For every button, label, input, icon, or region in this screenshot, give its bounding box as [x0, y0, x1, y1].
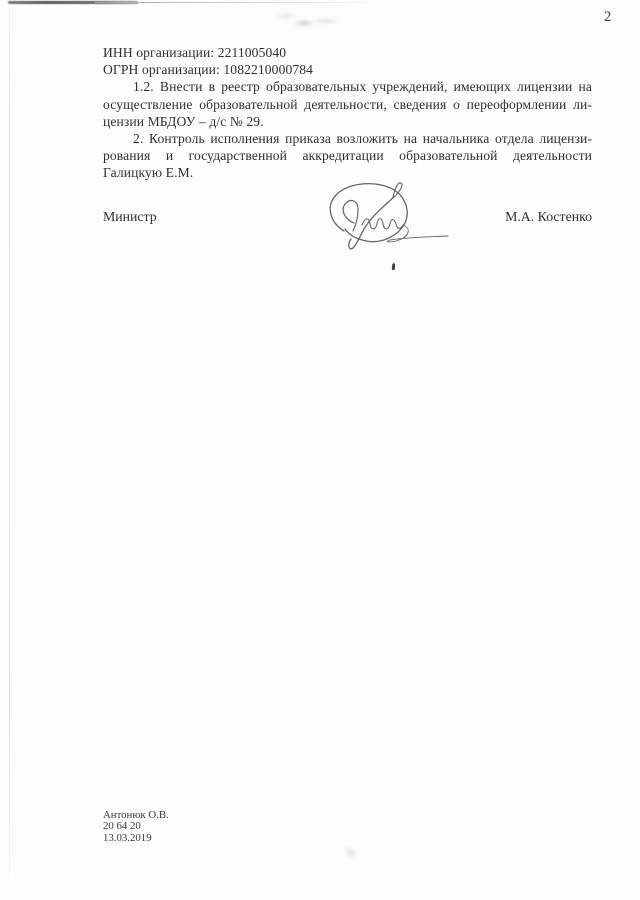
text-line: цензии МБДОУ – д/с № 29. — [103, 113, 592, 130]
executor-block: Антонюк О.В. 20 64 20 13.03.2019 — [103, 810, 169, 844]
signature-icon — [320, 179, 452, 253]
text-line: осуществление образовательной деятельнос… — [103, 96, 592, 113]
executor-phone: 20 64 20 — [103, 821, 169, 832]
text-line: рования и государственной аккредитации о… — [103, 147, 592, 164]
document-body: ИНН организации: 2211005040 ОГРН организ… — [103, 44, 592, 182]
bleed-through-smudge — [266, 10, 352, 30]
signee-name: М.А. Костенко — [505, 209, 592, 225]
minister-title: Министр — [103, 209, 157, 225]
text-line-inn: ИНН организации: 2211005040 — [103, 44, 592, 61]
scan-top-edge-artifact-light — [95, 2, 380, 3]
scan-smudge — [335, 837, 368, 869]
page-number: 2 — [604, 9, 611, 26]
text-line-ogrn: ОГРН организации: 1082210000784 — [103, 61, 592, 78]
scan-left-edge-artifact — [9, 8, 10, 882]
scanned-page: 2 ИНН организации: 2211005040 ОГРН орган… — [0, 0, 640, 900]
executor-date: 13.03.2019 — [103, 833, 169, 844]
text-line: 1.2. Внести в реестр образовательных учр… — [103, 78, 592, 95]
ink-speck — [392, 264, 395, 270]
text-line: 2. Контроль исполнения приказа возложить… — [103, 130, 592, 147]
